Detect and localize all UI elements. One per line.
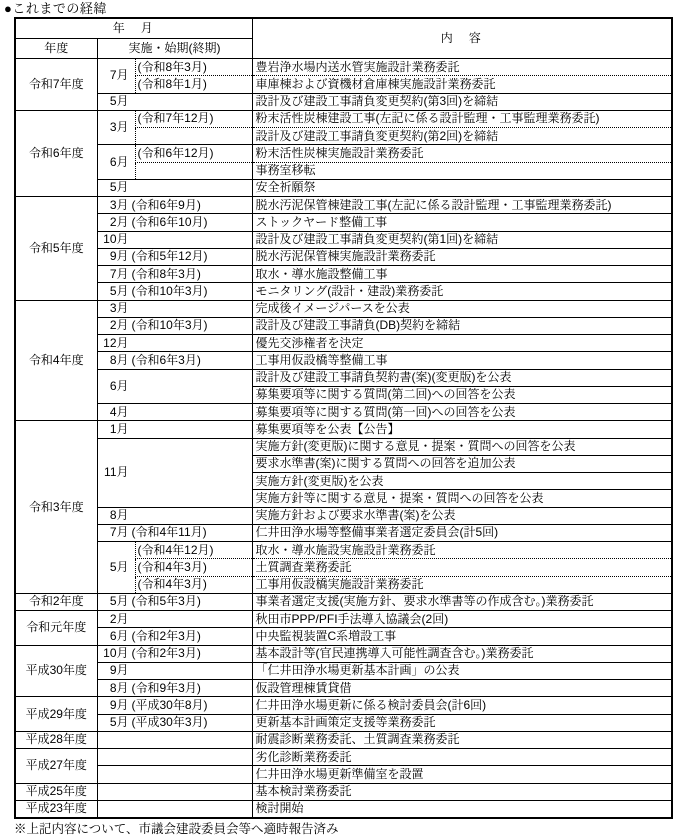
content-cell: 仮設管理棟賃貸借 xyxy=(252,680,672,697)
content-cell: 工事用仮設橋実施設計業務委託 xyxy=(252,576,672,593)
month-cell xyxy=(97,800,252,818)
content-cell: モニタリング(設計・建設)業務委託 xyxy=(252,283,672,300)
month-cell xyxy=(97,783,252,800)
content-cell: 更新基本計画策定支援等業務委託 xyxy=(252,714,672,731)
content-cell: 車庫棟および資機材倉庫棟実施設計業務委託 xyxy=(252,76,672,93)
table-row: 令和3年度1月募集要項等を公表【公告】 xyxy=(15,421,672,438)
table-row: 10月設計及び建設工事請負変更契約(第1回)を締結 xyxy=(15,231,672,248)
month-cell: 5月 xyxy=(97,179,252,196)
content-cell: 優先交渉権者を決定 xyxy=(252,335,672,352)
header-row-1: 年 月 内 容 xyxy=(15,18,672,39)
period-cell: (令和4年3月) xyxy=(135,559,252,576)
content-cell: 基本設計等(官民連携導入可能性調査含む。)業務委託 xyxy=(252,645,672,662)
table-row: 5月(令和10年3月)モニタリング(設計・建設)業務委託 xyxy=(15,283,672,300)
month-label: 2月 xyxy=(98,215,129,230)
table-row: 令和6年度3月(令和7年12月)粉末活性炭棟建設工事(左記に係る設計監理・工事監… xyxy=(15,110,672,127)
content-cell: 完成後イメージパースを公表 xyxy=(252,300,672,317)
footnote: ※上記内容について、市議会建設委員会等へ適時報告済み xyxy=(14,822,690,837)
period-label: (平成30年3月) xyxy=(129,715,208,729)
table-row: 2月(令和6年10月)ストックヤード整備工事 xyxy=(15,214,672,231)
table-row: 5月安全祈願祭 xyxy=(15,179,672,196)
month-cell xyxy=(97,749,252,766)
month-label: 8月 xyxy=(98,681,129,696)
month-cell: 11月 xyxy=(97,438,252,507)
month-cell: 5月 xyxy=(97,93,252,110)
table-row: 8月実施方針および要求水準書(案)を公表 xyxy=(15,507,672,524)
year-cell: 平成28年度 xyxy=(15,731,97,748)
table-row: 仁井田浄水場更新準備室を設置 xyxy=(15,766,672,783)
period-cell xyxy=(135,162,252,179)
content-cell: 粉末活性炭棟実施設計業務委託 xyxy=(252,145,672,162)
table-row: 令和7年度7月(令和8年3月)豊岩浄水場内送水管実施設計業務委託 xyxy=(15,59,672,76)
month-label: 7月 xyxy=(98,267,129,282)
month-label: 11月 xyxy=(98,465,129,480)
year-cell: 令和6年度 xyxy=(15,110,97,196)
month-cell: 9月 xyxy=(97,662,252,679)
table-row: 平成28年度耐震診断業務委託、土質調査業務委託 xyxy=(15,731,672,748)
table-header: 年 月 内 容 年度 実施・始期(終期) xyxy=(15,18,672,59)
content-cell: 安全祈願祭 xyxy=(252,179,672,196)
period-label: (令和6年3月) xyxy=(129,353,201,367)
period-label: (令和2年3月) xyxy=(129,629,201,643)
year-cell: 令和3年度 xyxy=(15,421,97,594)
month-label: 3月 xyxy=(98,301,129,316)
table-row: 9月(令和5年12月)脱水汚泥保管棟実施設計業務委託 xyxy=(15,248,672,265)
year-cell: 令和5年度 xyxy=(15,197,97,301)
content-cell: 設計及び建設工事請負変更契約(第3回)を締結 xyxy=(252,93,672,110)
table-row: 平成30年度10月(令和2年3月)基本設計等(官民連携導入可能性調査含む。)業務… xyxy=(15,645,672,662)
table-row: 令和5年度3月(令和6年9月)脱水汚泥保管棟建設工事(左記に係る設計監理・工事監… xyxy=(15,197,672,214)
month-cell: 5月(令和5年3月) xyxy=(97,593,252,610)
table-row: 5月(令和4年12月)取水・導水施設実施設計業務委託 xyxy=(15,542,672,559)
table-row: 7月(令和4年11月)仁井田浄水場等整備事業者選定委員会(計5回) xyxy=(15,524,672,541)
table-row: 令和元年度2月秋田市PPP/PFI手法導入協議会(2回) xyxy=(15,611,672,628)
period-label: (令和4年11月) xyxy=(129,525,207,539)
page-title: ●これまでの経緯 xyxy=(3,1,690,16)
month-label: 3月 xyxy=(98,198,129,213)
month-cell: 1月 xyxy=(97,421,252,438)
month-cell: 9月(平成30年8月) xyxy=(97,697,252,714)
year-cell: 令和2年度 xyxy=(15,593,97,610)
month-cell: 10月(令和2年3月) xyxy=(97,645,252,662)
content-cell: 脱水汚泥保管棟建設工事(左記に係る設計監理・工事監理業務委託) xyxy=(252,197,672,214)
month-label: 2月 xyxy=(98,318,129,333)
month-cell: 8月 xyxy=(97,507,252,524)
table-row: 9月「仁井田浄水場更新基本計画」の公表 xyxy=(15,662,672,679)
content-cell: 設計及び建設工事請負(DB)契約を締結 xyxy=(252,317,672,334)
table-row: 平成27年度劣化診断業務委託 xyxy=(15,749,672,766)
table-row: 8月(令和9年3月)仮設管理棟賃貸借 xyxy=(15,680,672,697)
content-cell: ストックヤード整備工事 xyxy=(252,214,672,231)
month-cell: 6月 xyxy=(97,369,252,404)
year-cell: 令和4年度 xyxy=(15,300,97,421)
content-cell: 設計及び建設工事請負変更契約(第1回)を締結 xyxy=(252,231,672,248)
content-cell: 募集要項等に関する質問(第一回)への回答を公表 xyxy=(252,404,672,421)
month-cell: 4月 xyxy=(97,404,252,421)
month-cell: 8月(令和6年3月) xyxy=(97,352,252,369)
history-tbody: 令和7年度7月(令和8年3月)豊岩浄水場内送水管実施設計業務委託(令和8年1月)… xyxy=(15,59,672,819)
month-cell: 3月(令和6年9月) xyxy=(97,197,252,214)
content-cell: 仁井田浄水場等整備事業者選定委員会(計5回) xyxy=(252,524,672,541)
period-label: (令和2年3月) xyxy=(129,646,201,660)
month-cell: 9月(令和5年12月) xyxy=(97,248,252,265)
month-label: 5月 xyxy=(98,180,129,195)
month-label: 2月 xyxy=(98,612,129,627)
content-cell: 取水・導水施設実施設計業務委託 xyxy=(252,542,672,559)
content-cell: 中央監視装置C系増設工事 xyxy=(252,628,672,645)
month-cell: 5月(令和10年3月) xyxy=(97,283,252,300)
table-row: 7月(令和8年3月)取水・導水施設整備工事 xyxy=(15,266,672,283)
period-cell xyxy=(135,128,252,145)
table-row: 5月(平成30年3月)更新基本計画策定支援等業務委託 xyxy=(15,714,672,731)
month-label: 6月 xyxy=(98,379,129,394)
table-row: 令和4年度3月完成後イメージパースを公表 xyxy=(15,300,672,317)
table-row: 令和2年度5月(令和5年3月)事業者選定支援(実施方針、要求水準書等の作成含む。… xyxy=(15,593,672,610)
month-label: 9月 xyxy=(98,249,129,264)
period-cell: (令和4年12月) xyxy=(135,542,252,559)
month-cell: 10月 xyxy=(97,231,252,248)
month-cell: 5月 xyxy=(97,542,135,594)
month-label: 9月 xyxy=(98,698,129,713)
month-cell xyxy=(97,731,252,748)
year-cell: 平成29年度 xyxy=(15,697,97,732)
month-cell: 7月(令和4年11月) xyxy=(97,524,252,541)
content-cell: 粉末活性炭棟建設工事(左記に係る設計監理・工事監理業務委託) xyxy=(252,110,672,127)
content-cell: 設計及び建設工事請負変更契約(第2回)を締結 xyxy=(252,128,672,145)
month-cell: 6月 xyxy=(97,145,135,180)
month-label: 9月 xyxy=(98,663,129,678)
month-label: 8月 xyxy=(98,353,129,368)
content-cell: 要求水準書(案)に関する質問への回答を追加公表 xyxy=(252,455,672,472)
period-label: (令和8年3月) xyxy=(129,267,201,281)
month-label: 10月 xyxy=(98,232,129,247)
month-cell: 12月 xyxy=(97,335,252,352)
month-label: 12月 xyxy=(98,336,129,351)
table-row: 6月(令和2年3月)中央監視装置C系増設工事 xyxy=(15,628,672,645)
month-label: 7月 xyxy=(98,525,129,540)
content-cell: 実施方針(変更版)に関する意見・提案・質問への回答を公表 xyxy=(252,438,672,455)
content-cell: 「仁井田浄水場更新基本計画」の公表 xyxy=(252,662,672,679)
header-content: 内 容 xyxy=(252,18,672,59)
document-page: ●これまでの経緯 年 月 内 容 年度 実施・始期(終期) 令和7年度7月(令和… xyxy=(0,0,690,837)
month-label: 10月 xyxy=(98,646,129,661)
month-cell: 2月 xyxy=(97,611,252,628)
month-label: 5月 xyxy=(98,284,129,299)
table-row: 8月(令和6年3月)工事用仮設橋等整備工事 xyxy=(15,352,672,369)
period-cell: (令和6年12月) xyxy=(135,145,252,162)
content-cell: 取水・導水施設整備工事 xyxy=(252,266,672,283)
period-cell: (令和7年12月) xyxy=(135,110,252,127)
month-label: 5月 xyxy=(98,94,129,109)
month-label: 6月 xyxy=(98,629,129,644)
period-label: (令和10年3月) xyxy=(129,318,208,332)
content-cell: 事務室移転 xyxy=(252,162,672,179)
period-label: (令和5年12月) xyxy=(129,249,208,263)
month-cell: 3月 xyxy=(97,110,135,145)
period-label: (令和6年10月) xyxy=(129,215,208,229)
month-label: 5月 xyxy=(98,594,129,609)
content-cell: 基本検討業務委託 xyxy=(252,783,672,800)
header-year-month: 年 月 xyxy=(15,18,252,39)
period-label: (令和10年3月) xyxy=(129,284,208,298)
table-row: 11月実施方針(変更版)に関する意見・提案・質問への回答を公表 xyxy=(15,438,672,455)
content-cell: 耐震診断業務委託、土質調査業務委託 xyxy=(252,731,672,748)
content-cell: 検討開始 xyxy=(252,800,672,818)
content-cell: 秋田市PPP/PFI手法導入協議会(2回) xyxy=(252,611,672,628)
content-cell: 土質調査業務委託 xyxy=(252,559,672,576)
month-cell: 7月(令和8年3月) xyxy=(97,266,252,283)
month-cell: 6月(令和2年3月) xyxy=(97,628,252,645)
table-row: 平成29年度9月(平成30年8月)仁井田浄水場更新に係る検討委員会(計6回) xyxy=(15,697,672,714)
month-cell: 2月(令和10年3月) xyxy=(97,317,252,334)
period-cell: (令和8年1月) xyxy=(135,76,252,93)
month-cell: 5月(平成30年3月) xyxy=(97,714,252,731)
table-row: 4月募集要項等に関する質問(第一回)への回答を公表 xyxy=(15,404,672,421)
year-cell: 平成25年度 xyxy=(15,783,97,800)
period-cell: (令和8年3月) xyxy=(135,59,252,76)
content-cell: 設計及び建設工事請負契約書(案)(変更版)を公表 xyxy=(252,369,672,386)
month-cell: 2月(令和6年10月) xyxy=(97,214,252,231)
month-cell: 3月 xyxy=(97,300,252,317)
month-cell xyxy=(97,766,252,783)
month-label: 8月 xyxy=(98,508,129,523)
period-label: (令和5年3月) xyxy=(129,594,201,608)
period-label: (令和6年9月) xyxy=(129,198,201,212)
content-cell: 工事用仮設橋等整備工事 xyxy=(252,352,672,369)
period-label: (令和9年3月) xyxy=(129,681,201,695)
table-row: 12月優先交渉権者を決定 xyxy=(15,335,672,352)
content-cell: 募集要項等を公表【公告】 xyxy=(252,421,672,438)
history-table: 年 月 内 容 年度 実施・始期(終期) 令和7年度7月(令和8年3月)豊岩浄水… xyxy=(14,17,673,819)
header-period: 実施・始期(終期) xyxy=(97,39,252,59)
year-cell: 令和7年度 xyxy=(15,59,97,111)
month-cell: 7月 xyxy=(97,59,135,94)
content-cell: 実施方針(変更版)を公表 xyxy=(252,473,672,490)
table-row: 6月設計及び建設工事請負契約書(案)(変更版)を公表 xyxy=(15,369,672,386)
header-year: 年度 xyxy=(15,39,97,59)
content-cell: 実施方針および要求水準書(案)を公表 xyxy=(252,507,672,524)
content-cell: 仁井田浄水場更新準備室を設置 xyxy=(252,766,672,783)
content-cell: 劣化診断業務委託 xyxy=(252,749,672,766)
period-cell: (令和4年3月) xyxy=(135,576,252,593)
content-cell: 事業者選定支援(実施方針、要求水準書等の作成含む。)業務委託 xyxy=(252,593,672,610)
table-row: 5月設計及び建設工事請負変更契約(第3回)を締結 xyxy=(15,93,672,110)
table-row: 2月(令和10年3月)設計及び建設工事請負(DB)契約を締結 xyxy=(15,317,672,334)
year-cell: 平成30年度 xyxy=(15,645,97,697)
month-label: 4月 xyxy=(98,405,129,420)
year-cell: 平成23年度 xyxy=(15,800,97,818)
content-cell: 仁井田浄水場更新に係る検討委員会(計6回) xyxy=(252,697,672,714)
content-cell: 実施方針等に関する意見・提案・質問への回答を公表 xyxy=(252,490,672,507)
month-label: 1月 xyxy=(98,422,129,437)
month-label: 5月 xyxy=(98,715,129,730)
content-cell: 豊岩浄水場内送水管実施設計業務委託 xyxy=(252,59,672,76)
year-cell: 令和元年度 xyxy=(15,611,97,646)
year-cell: 平成27年度 xyxy=(15,749,97,784)
content-cell: 脱水汚泥保管棟実施設計業務委託 xyxy=(252,248,672,265)
table-row: 平成23年度検討開始 xyxy=(15,800,672,818)
month-cell: 8月(令和9年3月) xyxy=(97,680,252,697)
table-row: 6月(令和6年12月)粉末活性炭棟実施設計業務委託 xyxy=(15,145,672,162)
content-cell: 募集要項等に関する質問(第二回)への回答を公表 xyxy=(252,386,672,403)
period-label: (平成30年8月) xyxy=(129,698,208,712)
